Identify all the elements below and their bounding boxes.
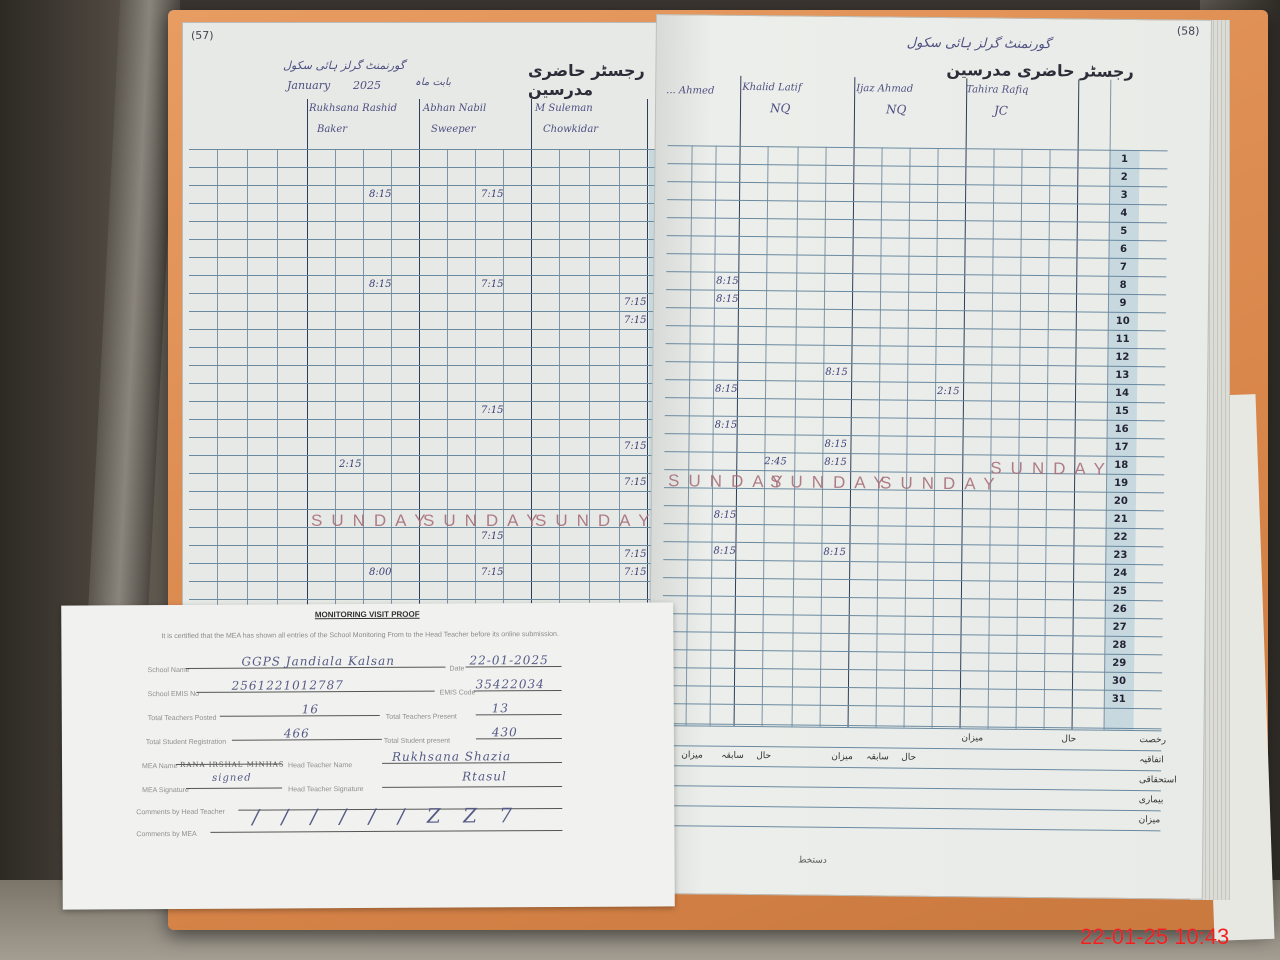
month-label: بابت ماہ <box>415 77 451 88</box>
head-teacher-name-field: Rukhsana Shazia <box>392 749 511 764</box>
sunday-mark: SUNDAY <box>311 511 435 531</box>
month-value: January <box>287 79 330 92</box>
sunday-mark: SUNDAY <box>770 472 894 493</box>
teacher-header-3: M Suleman Chowkidar <box>535 103 645 135</box>
school-name-handwritten: گورنمنٹ گرلز ہائی سکول <box>283 59 405 72</box>
school-emis-no-field: 2561221012787 <box>232 678 344 693</box>
page-number: (58) <box>1177 24 1200 37</box>
teacher-header-2: Abhan Nabil Sweeper <box>423 103 533 135</box>
attendance-grid-left: 1 2 3 4 5 6 7 8 9 10 11 12 13 14 15 16 1… <box>189 149 673 611</box>
form-intro: It is certified that the MEA has shown a… <box>161 629 601 642</box>
register-title: رجسٹر حاضری مدرسین <box>946 60 1133 81</box>
sunday-mark: SUNDAY <box>535 511 659 531</box>
teachers-present-field: 13 <box>492 701 509 715</box>
teacher-header-1: Rukhsana Rashid Baker <box>309 103 419 135</box>
date-field: 22-01-2025 <box>469 653 548 667</box>
attendance-grid-right: 1 2 3 4 5 6 7 8 9 10 11 12 13 14 15 16 1… <box>662 145 1168 730</box>
sunday-mark: SUNDAY <box>880 473 1004 494</box>
page-number: (57) <box>191 29 214 42</box>
teacher-header-4: Tahira Rafiq JC <box>966 84 1076 118</box>
students-present-field: 430 <box>492 725 518 739</box>
school-name-field: GGPS Jandiala Kalsan <box>241 654 395 669</box>
form-title: MONITORING VISIT PROOF <box>61 608 673 620</box>
photo-timestamp: 22-01-25 10:43 <box>1080 924 1229 950</box>
teacher-header-2: Khalid Latif NQ <box>742 82 862 116</box>
register-title: رجسٹر حاضری مدرسین <box>528 61 671 99</box>
register-page-right: (58) گورنمنٹ گرلز ہائی سکول رجسٹر حاضری … <box>647 14 1212 900</box>
monitoring-visit-proof-form: MONITORING VISIT PROOF It is certified t… <box>61 602 675 909</box>
mea-name-field: RANA IRSHAL MINHAS <box>180 760 285 769</box>
students-registered-field: 466 <box>284 726 310 740</box>
teacher-header-3: Ijaz Ahmad NQ <box>856 83 966 117</box>
year-value: 2025 <box>353 79 381 92</box>
emis-code-field: 35422034 <box>476 677 545 691</box>
head-teacher-signature: Rtasul <box>462 769 507 783</box>
register-page-left: (57) گورنمنٹ گرلز ہائی سکول رجسٹر حاضری … <box>182 22 672 612</box>
sunday-mark: SUNDAY <box>990 459 1114 480</box>
mea-signature: signed <box>212 773 252 784</box>
teacher-header-1: ... Ahmed <box>666 85 740 97</box>
sunday-mark: SUNDAY <box>423 511 547 531</box>
school-name-handwritten: گورنمنٹ گرلز ہائی سکول <box>907 36 1051 53</box>
summary-table: رخصت اتفاقیہ استحقاقی بیماری میزان میزان… <box>661 725 1162 830</box>
teachers-posted-field: 16 <box>302 702 319 716</box>
footer-signature-label: دستخط <box>798 855 827 866</box>
